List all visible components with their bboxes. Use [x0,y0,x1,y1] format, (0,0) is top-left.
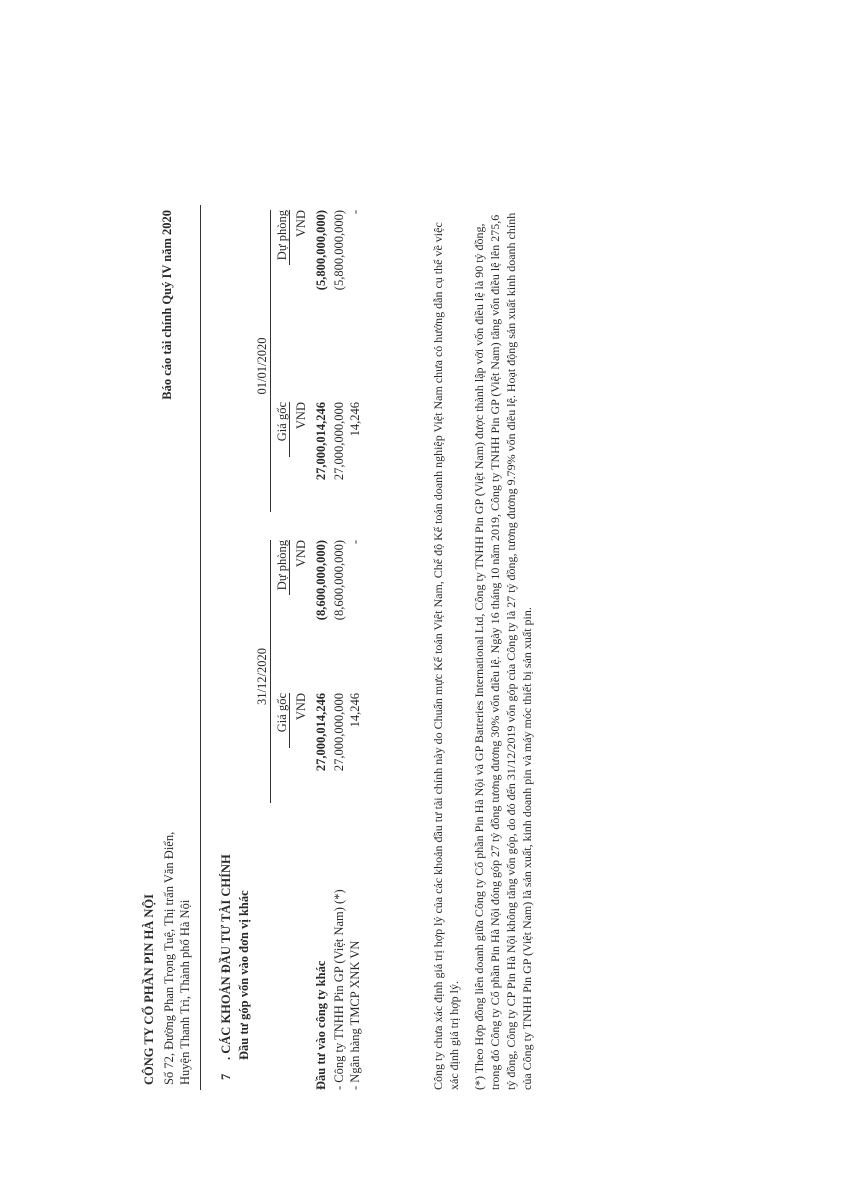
table-cell: - [349,540,362,700]
table-cell: (5,800,000,000) [333,210,346,370]
header-divider [200,205,201,1090]
report-title: Báo cáo tài chính Quý IV năm 2020 [161,210,174,400]
table-cell: (8,600,000,000) [315,540,328,700]
section-title: . CÁC KHOẢN ĐẦU TƯ TÀI CHÍNH [220,854,233,1060]
column-unit: VND [295,693,308,813]
column-header: Dự phòng [276,540,289,660]
column-unit: VND [295,402,308,522]
column-header-underline [289,402,290,457]
table-cell: 14,246 [349,402,362,562]
table-cell: - [349,210,362,370]
column-unit: VND [295,540,308,660]
section-subtitle: Đầu tư góp vốn vào đơn vị khác [238,890,251,1060]
table-cell: 27,000,014,246 [315,402,328,562]
company-name: CÔNG TY CỔ PHẦN PIN HÀ NỘI [143,894,156,1085]
period-date-header: 01/01/2020 [256,210,269,522]
column-header: Giá gốc [276,693,289,813]
note-paragraph-joint-venture: (*) Theo Hợp đồng liên doanh giữa Công t… [471,210,535,1090]
note-paragraph-fair-value: Công ty chưa xác định giá trị hợp lý của… [430,210,462,1090]
column-header: Dự phòng [276,210,289,330]
period-underline [270,210,271,512]
period-underline [270,540,271,803]
table-cell: 27,000,000,000 [333,693,346,853]
column-header-underline [289,693,290,748]
table-row-label: Đầu tư vào công ty khác [315,961,328,1090]
table-cell: 27,000,000,000 [333,402,346,562]
company-address-line1: Số 72, Đường Phan Trọng Tuệ, Thị trấn Vă… [163,832,176,1085]
table-row-label: - Ngân hàng TMCP XNK VN [349,941,362,1090]
column-header-underline [289,210,290,265]
table-row-label: - Công ty TNHH Pin GP (Việt Nam) (*) [333,889,346,1090]
company-address-line2: Huyện Thanh Trì, Thành phố Hà Nội [179,900,192,1085]
section-number: 7 [220,1074,233,1080]
table-cell: (8,600,000,000) [333,540,346,700]
table-cell: 14,246 [349,693,362,853]
table-cell: (5,800,000,000) [315,210,328,370]
document-page: CÔNG TY CỔ PHẦN PIN HÀ NỘI Số 72, Đường … [0,0,849,1200]
period-date-header: 31/12/2020 [256,540,269,813]
table-cell: 27,000,014,246 [315,693,328,853]
column-unit: VND [295,210,308,330]
column-header: Giá gốc [276,402,289,522]
column-header-underline [289,540,290,595]
